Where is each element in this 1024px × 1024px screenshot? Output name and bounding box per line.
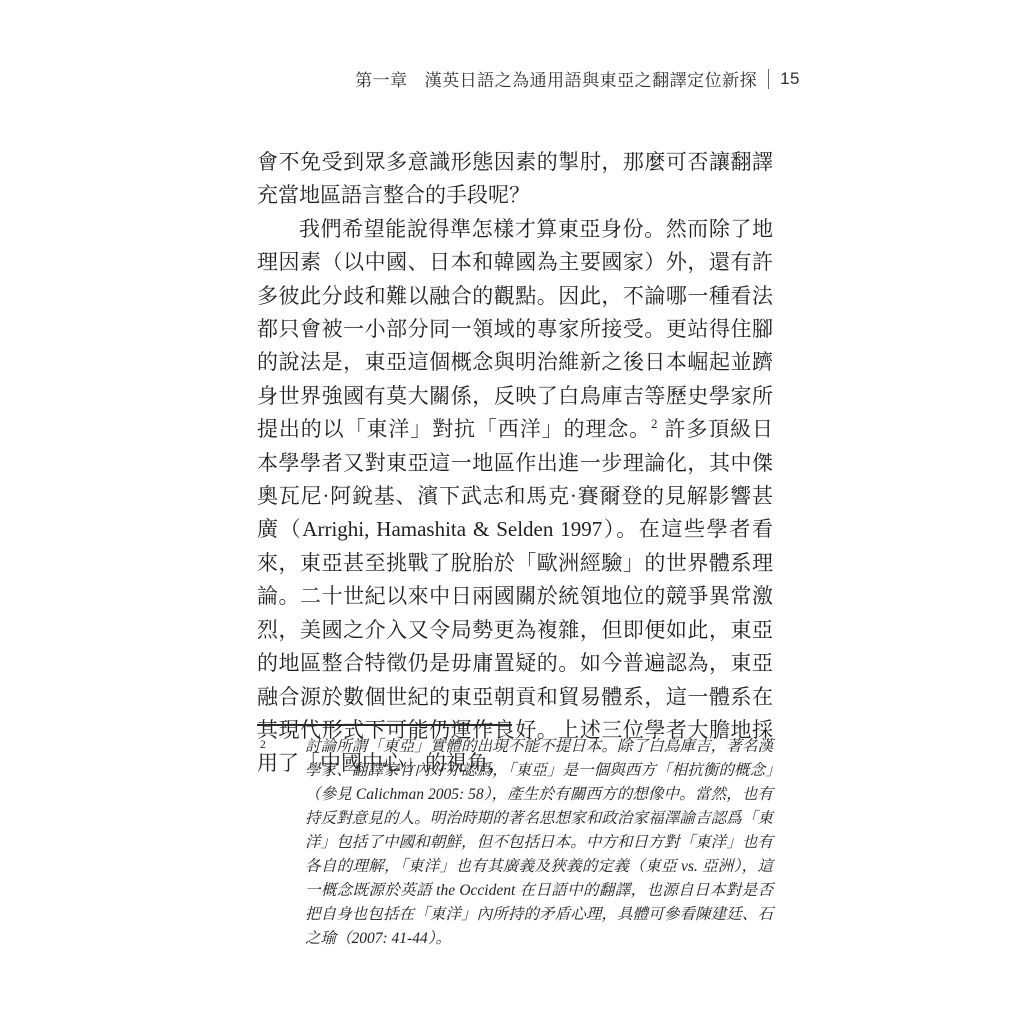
header-divider [768, 69, 769, 89]
footnote-separator-rule [257, 724, 512, 726]
running-header: 第一章 漢英日語之為通用語與東亞之翻譯定位新探 15 [0, 66, 800, 91]
paragraph-text-before-note: 我們希望能說得準怎樣才算東亞身份。然而除了地理因素（以中國、日本和韓國為主要國家… [257, 217, 773, 441]
footnote-block: 2 討論所謂「東亞」實體的出現不能不提日本。除了白鳥庫吉，著名漢學家、翻譯家竹內… [257, 735, 773, 951]
footnote-marker-2: 2 [260, 733, 266, 757]
main-text-block: 會不免受到眾多意識形態因素的掣肘，那麼可否讓翻譯充當地區語言整合的手段呢？ 我們… [257, 146, 773, 781]
page-number: 15 [780, 69, 800, 89]
book-page: 第一章 漢英日語之為通用語與東亞之翻譯定位新探 15 會不免受到眾多意識形態因素… [0, 0, 1024, 1024]
paragraph-east-asia-identity: 我們希望能說得準怎樣才算東亞身份。然而除了地理因素（以中國、日本和韓國為主要國家… [257, 213, 773, 781]
paragraph-continuation: 會不免受到眾多意識形態因素的掣肘，那麼可否讓翻譯充當地區語言整合的手段呢？ [257, 146, 773, 213]
chapter-title: 漢英日語之為通用語與東亞之翻譯定位新探 [425, 66, 758, 91]
footnote-text: 討論所謂「東亞」實體的出現不能不提日本。除了白鳥庫吉，著名漢學家、翻譯家竹內好亦… [305, 738, 773, 947]
chapter-label: 第一章 [355, 66, 408, 91]
paragraph-text-after-note: 許多頂級日本學學者又對東亞這一地區作出進一步理論化，其中傑奧瓦尼·阿銳基、濱下武… [257, 417, 773, 775]
footnote-reference-2: 2 [651, 416, 658, 431]
